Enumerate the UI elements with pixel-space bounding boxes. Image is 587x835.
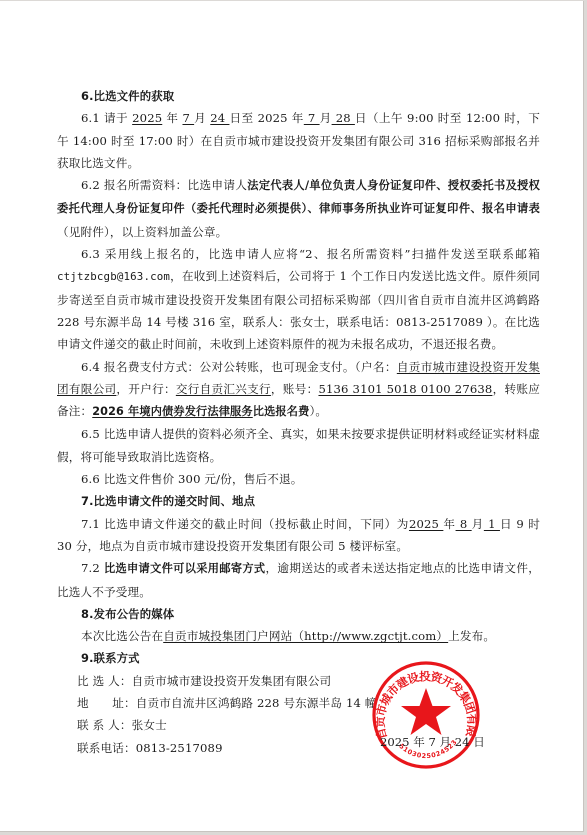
transfer-note-suffix: 比选报名费 xyxy=(253,405,310,418)
text: 7.1 比选申请文件递交的截止时间（投标截止时间，下同）为 xyxy=(81,517,409,531)
paragraph-7-1: 7.1 比选申请文件递交的截止时间（投标截止时间，下同）为2025 年 8 月 … xyxy=(57,513,540,558)
paragraph-6-3: 6.3 采用线上报名的，比选申请人应将“2、报名所需资料”扫描件发送至联系邮箱c… xyxy=(57,243,540,355)
company-seal-icon: 自贡市城市建设投资开发集团有限公司 5103025024523 xyxy=(371,660,481,770)
paragraph-8: 本次比选公告在自贡市城投集团门户网站（http://www.zgctjt.com… xyxy=(57,625,540,647)
paragraph-6-6: 6.6 比选文件售价 300 元/份，售后不退。 xyxy=(57,468,540,490)
text: 月 xyxy=(320,111,332,125)
text: 月 xyxy=(472,517,484,531)
paragraph-6-1: 6.1 请于 2025 年 7 月 24 日至 2025 年 7 月 28 日（… xyxy=(57,107,540,174)
label: 联系电话： xyxy=(77,741,136,755)
end-month: 7 xyxy=(304,111,320,125)
bank-name: 交行自贡汇兴支行 xyxy=(176,382,271,396)
document-page: 6.比选文件的获取 6.1 请于 2025 年 7 月 24 日至 2025 年… xyxy=(0,1,584,832)
text: 本次比选公告在 xyxy=(81,629,163,643)
value: 0813-2517089 xyxy=(136,741,223,755)
text: 6.2 报名所需资料：比选申请人 xyxy=(81,178,247,192)
text: ，账号： xyxy=(271,382,319,396)
text: 上发布。 xyxy=(448,629,495,643)
start-year: 2025 xyxy=(132,111,162,125)
deadline-year: 2025 xyxy=(409,517,443,531)
website-link[interactable]: 自贡市城投集团门户网站（http://www.zgctjt.com） xyxy=(163,629,448,643)
text: 日至 2025 年 xyxy=(229,111,303,125)
text: 月 xyxy=(194,111,210,125)
paragraph-7-2: 7.2 比选申请文件可以采用邮寄方式，逾期送达的或者未送达指定地点的比选申请文件… xyxy=(57,557,540,603)
transfer-note: 2026 年境内债券发行法律服务 xyxy=(92,405,253,418)
text: 6.1 请于 xyxy=(81,111,132,125)
section-8-heading: 8.发布公告的媒体 xyxy=(57,603,540,625)
paragraph-6-5: 6.5 比选申请人提供的资料必须齐全、真实，如果未按要求提供证明材料或经证实材料… xyxy=(57,423,540,468)
text: 6.3 采用线上报名的，比选申请人应将“2、报名所需资料”扫描件发送至联系邮箱 xyxy=(81,247,540,261)
label: 地 址： xyxy=(77,696,136,710)
mail-allowed: 比选申请文件可以采用邮寄方式 xyxy=(104,562,266,575)
start-day: 24 xyxy=(210,111,229,125)
text: 6.4 报名费支付方式：公对公转账，也可现金支付。（户名： xyxy=(81,360,397,374)
section-6-heading: 6.比选文件的获取 xyxy=(57,85,540,107)
text: 年 xyxy=(443,517,455,531)
deadline-day: 1 xyxy=(484,517,500,531)
label: 比 选 人： xyxy=(77,674,132,688)
value: 自贡市城市建设投资开发集团有限公司 xyxy=(132,674,332,688)
contact-email: ctjtzbcgb@163.com xyxy=(57,270,170,283)
text: （见附件），以上资料加盖公章。 xyxy=(57,225,227,239)
deadline-month: 8 xyxy=(456,517,472,531)
text: 7.2 xyxy=(81,561,104,575)
paragraph-6-4: 6.4 报名费支付方式：公对公转账，也可现金支付。（户名：自贡市城市建设投资开发… xyxy=(57,356,540,424)
account-number: 5136 3101 5018 0100 27638 xyxy=(318,382,492,396)
value: 自贡市自流井区鸿鹤路 228 号东源半岛 14 幢 xyxy=(136,696,377,710)
text: ，开户行： xyxy=(116,382,175,396)
label: 联 系 人： xyxy=(77,718,132,732)
paragraph-6-2: 6.2 报名所需资料：比选申请人法定代表人/单位负责人身份证复印件、授权委托书及… xyxy=(57,174,540,243)
section-7-heading: 7.比选申请文件的递交时间、地点 xyxy=(57,490,540,512)
text: 年 xyxy=(162,111,182,125)
document-content: 6.比选文件的获取 6.1 请于 2025 年 7 月 24 日至 2025 年… xyxy=(57,85,540,759)
seal-date: 2025 年 7 月 24 日 xyxy=(380,734,485,750)
text: ）。 xyxy=(309,404,327,418)
start-month: 7 xyxy=(182,111,194,125)
value: 张女士 xyxy=(132,718,167,732)
end-day: 28 xyxy=(332,111,355,125)
